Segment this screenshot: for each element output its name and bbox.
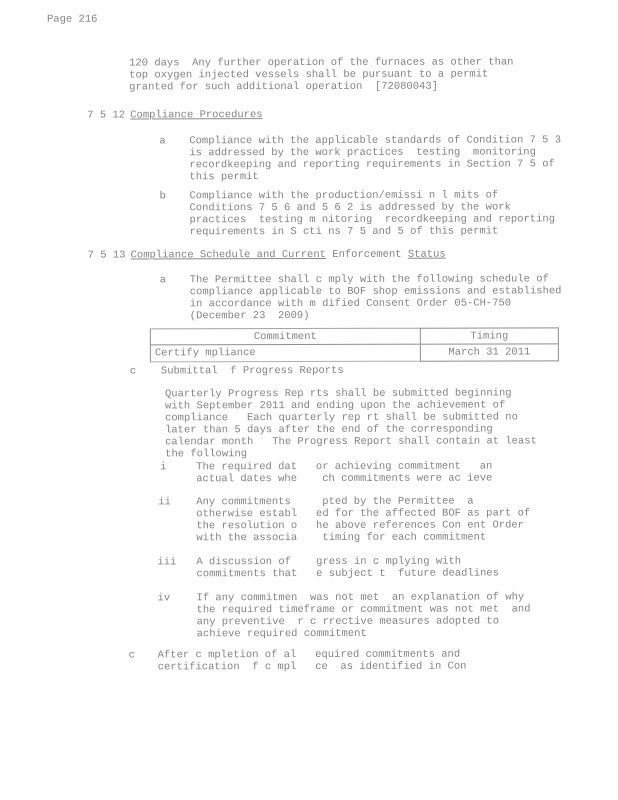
section-7-5-12-title: Compliance Procedures — [130, 109, 262, 121]
item-7513-c2-text: After c mpletion of al equired commitmen… — [158, 649, 467, 674]
page-number: Page 216 — [47, 14, 97, 26]
subitem-ii-label: ii — [158, 496, 171, 508]
item-7512-a-text: Compliance with the applicable standards… — [189, 134, 561, 183]
section-7-5-13-title-part1: Compliance Schedule and Current — [131, 249, 326, 262]
item-7513-a-text: The Permittee shall c mply with the foll… — [190, 273, 562, 322]
document-page: Page 216 120 days Any further operation … — [0, 0, 618, 800]
progress-reports-paragraph: Quarterly Progress Rep rts shall be subm… — [165, 387, 537, 460]
subitem-iv-label: iv — [158, 592, 171, 604]
item-7512-a-label: a — [159, 135, 165, 147]
subitem-iii-text: A discussion of gress in c mplying with … — [196, 556, 499, 581]
table-cell-commitment: Certify mpliance — [151, 345, 420, 363]
item-7513-c-heading: Submittal f Progress Reports — [161, 365, 344, 377]
section-7-5-13-title-part2: Enforcement — [326, 249, 408, 261]
item-7513-c2-label: c — [129, 649, 135, 661]
section-7-5-13-number: 7 5 13 — [88, 249, 126, 261]
subitem-iv-text: If any commitmen was not met an explanat… — [197, 591, 531, 640]
section-7-5-13-title-part3: Status — [408, 249, 446, 261]
compliance-schedule-table: Commitment Timing Certify mpliance March… — [150, 327, 559, 362]
item-7512-b-label: b — [159, 190, 165, 202]
item-7512-b-text: Compliance with the production/emissi n … — [189, 189, 555, 238]
item-7513-a-label: a — [160, 274, 166, 286]
subitem-iii-label: iii — [157, 556, 176, 568]
subitem-ii-text: Any commitments pted by the Permittee a … — [196, 495, 530, 544]
table-header-row: Commitment Timing — [151, 327, 559, 345]
table-cell-timing: March 31 2011 — [420, 344, 559, 361]
intro-paragraph: 120 days Any further operation of the fu… — [129, 56, 513, 93]
item-7513-c-label: c — [130, 365, 136, 377]
subitem-i-label: i — [160, 461, 166, 473]
table-row: Certify mpliance March 31 2011 — [151, 344, 559, 362]
section-7-5-13-title: Compliance Schedule and Current Enforcem… — [131, 249, 446, 262]
subitem-i-text: The required dat or achieving commitment… — [196, 461, 492, 486]
scanned-content: Page 216 120 days Any further operation … — [0, 0, 618, 800]
section-7-5-12-number: 7 5 12 — [87, 109, 125, 121]
table-header-commitment: Commitment — [151, 328, 420, 345]
table-header-timing: Timing — [420, 327, 559, 343]
